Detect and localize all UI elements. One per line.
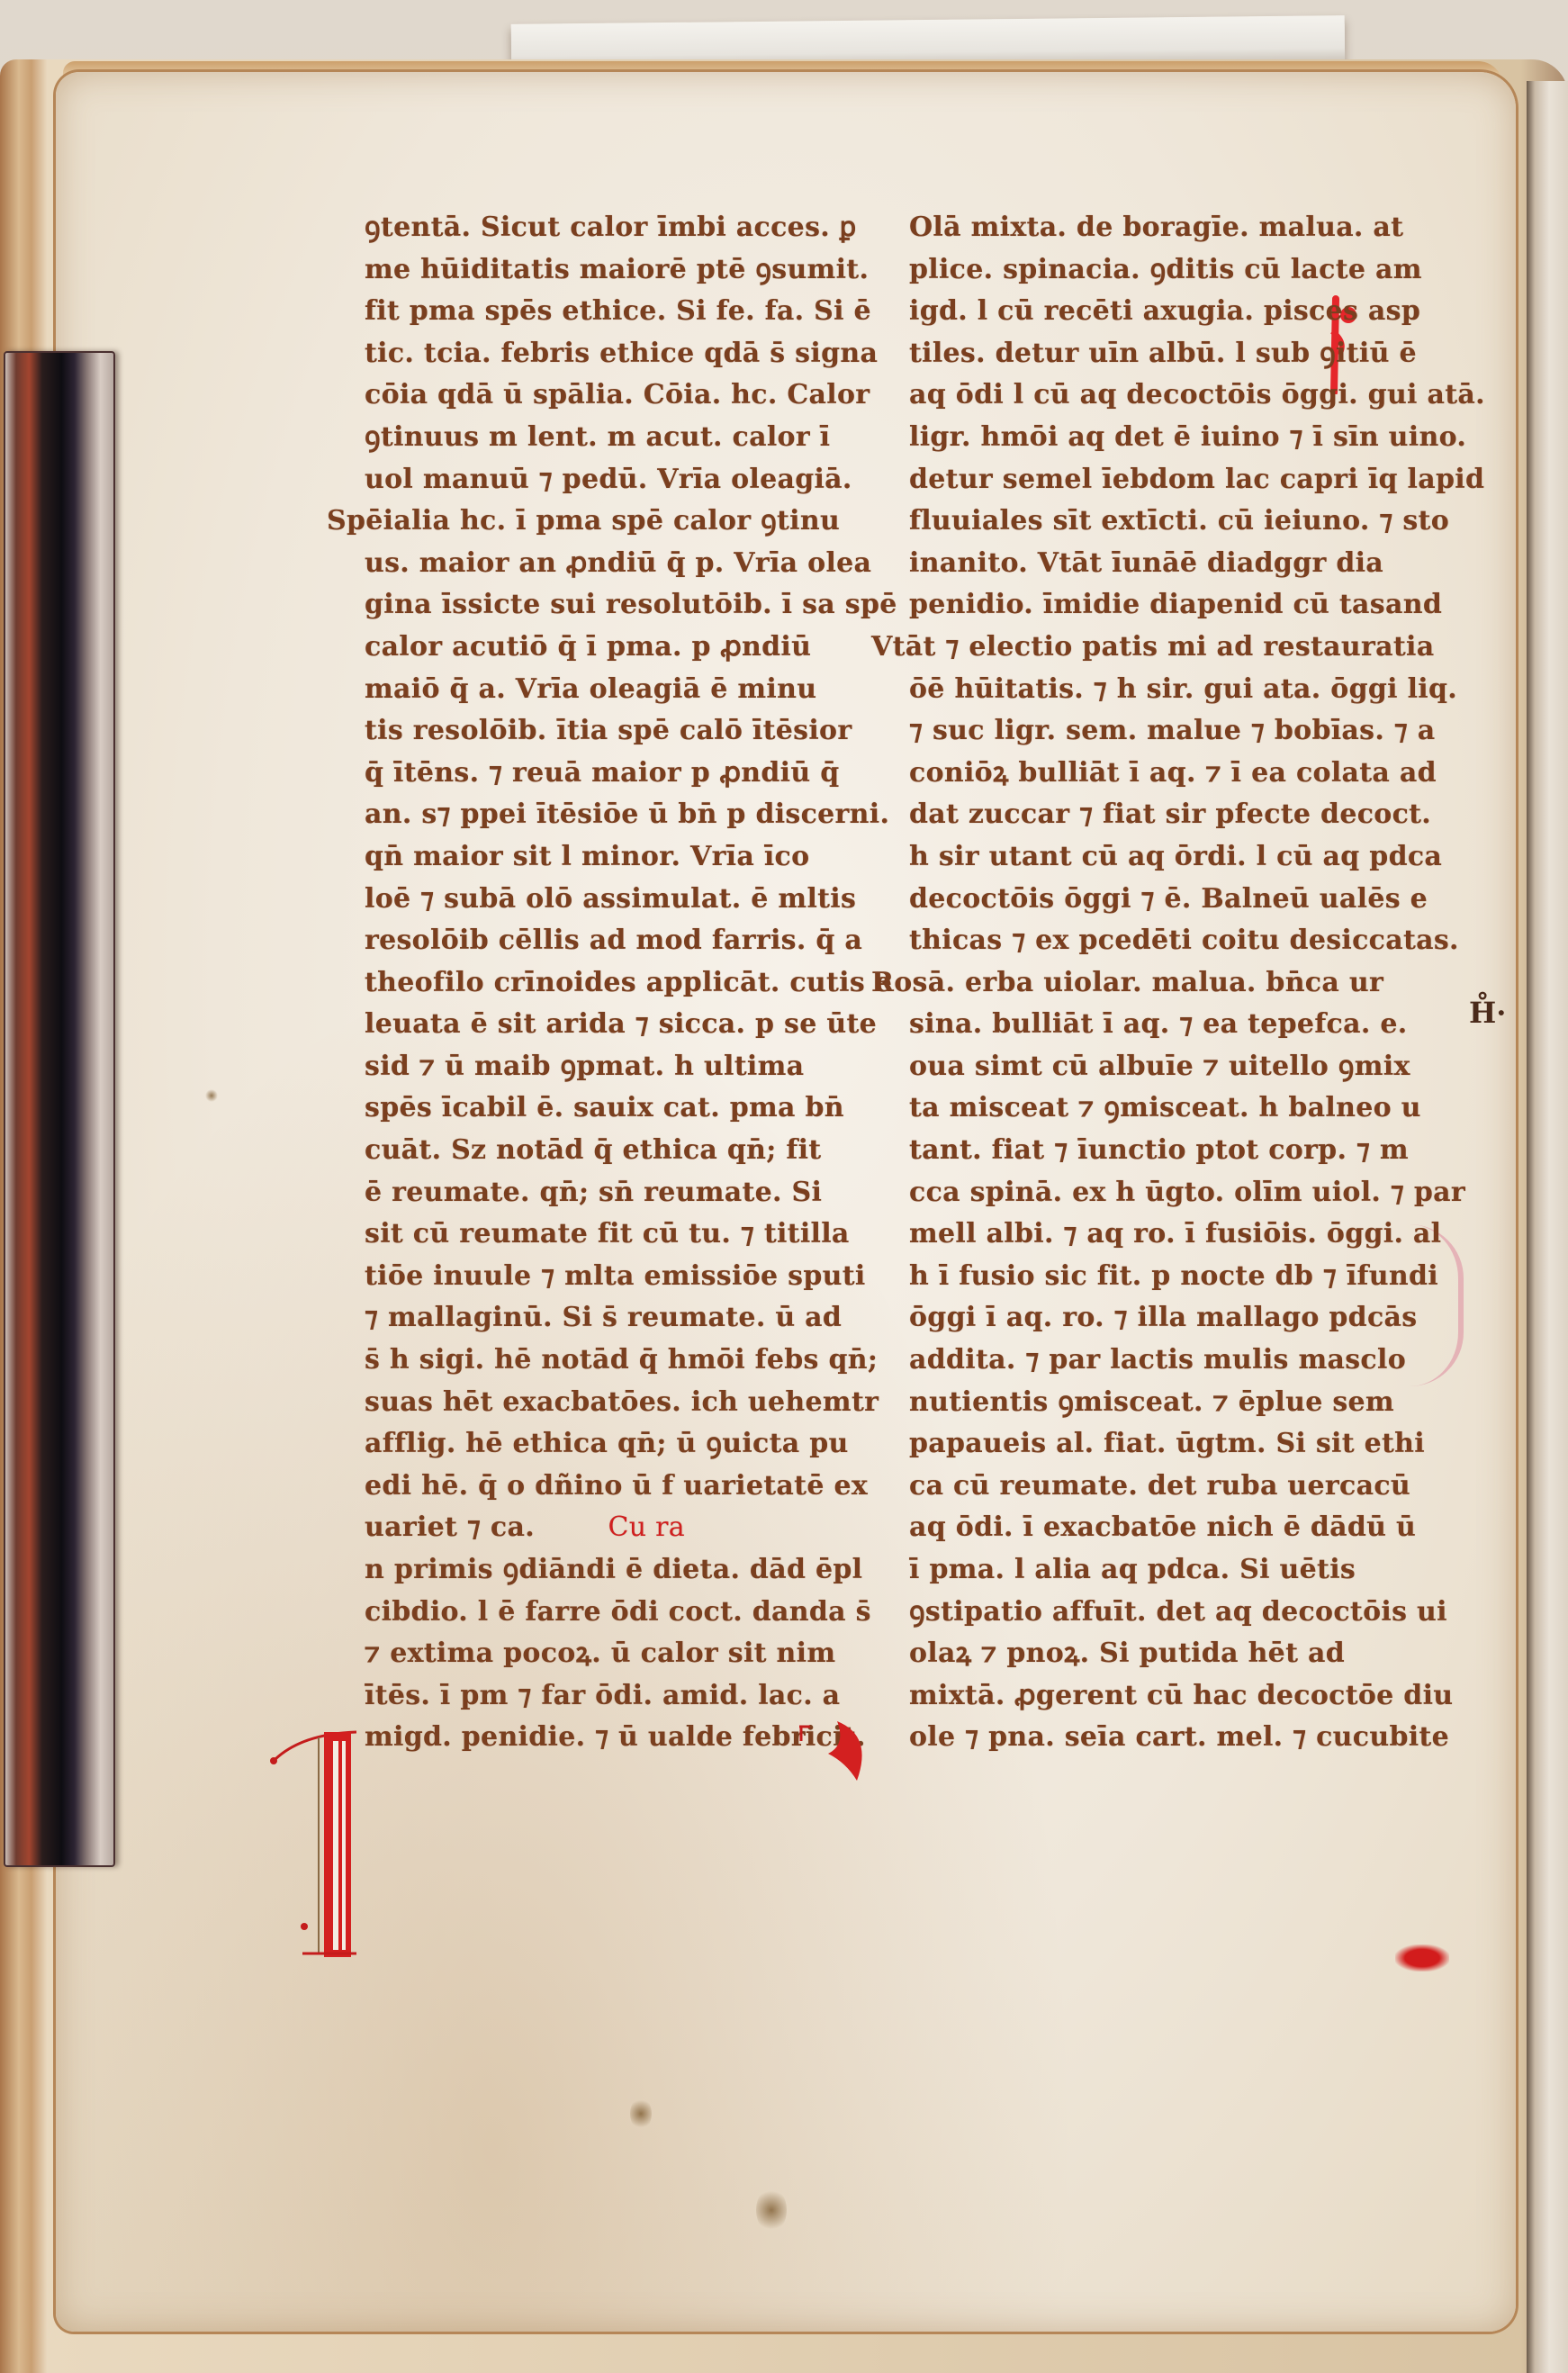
ruler-weight bbox=[4, 351, 115, 1867]
text-line: afflig. hē ethica qn̄; ū ꝯuicta pu bbox=[365, 1423, 869, 1466]
text-fragment: uariet ⁊ ca. bbox=[365, 1511, 535, 1543]
text-line: aq ōdi l cū aq decoctōis ōggi. gui atā. bbox=[909, 374, 1449, 417]
text-line: ꝯtentā. Sicut calor īmbi acces. ꝑ bbox=[365, 207, 869, 249]
text-line: ī pma. l alia aq pdca. Si uētis bbox=[909, 1549, 1449, 1592]
text-line: ⁊ mallaginū. Si s̄ reumate. ū ad bbox=[365, 1297, 869, 1340]
text-line: cōia qdā ū spālia. Cōia. hc. Calor bbox=[365, 374, 869, 417]
marginal-note: H̊· bbox=[1469, 996, 1506, 1030]
text-line: ōē hūitatis. ⁊ h sir. gui ata. ōggi liq. bbox=[909, 669, 1449, 711]
text-line: calor acutiō q̄ ī pma. p ꝓndiū bbox=[365, 627, 869, 669]
text-line: Vtāt ⁊ electio patis mi ad restauratia bbox=[871, 627, 1449, 669]
text-line: nutientis ꝯmisceat. ⁊ ēplue sem bbox=[909, 1382, 1449, 1424]
text-line: decoctōis ōggi ⁊ ē. Balneū ualēs e bbox=[909, 879, 1449, 921]
text-line: loē ⁊ subā olō assimulat. ē mltis bbox=[365, 879, 869, 921]
text-line: olaꝝ ⁊ pnoꝝ. Si putida hēt ad bbox=[909, 1633, 1449, 1675]
left-column: ꝯtentā. Sicut calor īmbi acces. ꝑ me hūi… bbox=[365, 207, 869, 1759]
text-line: ōggi ī aq. ro. ⁊ illa mallago pdcās bbox=[909, 1297, 1449, 1340]
text-line: papaueis al. fiat. ūgtm. Si sit ethi bbox=[909, 1423, 1449, 1466]
text-line: spēs īcabil ē. sauix cat. pma bn̄ bbox=[365, 1087, 869, 1130]
text-line: ligr. hmōi aq det ē iuino ⁊ ī sīn uino. bbox=[909, 417, 1449, 459]
text-line: resolōib cēllis ad mod farris. q̄ a bbox=[365, 920, 869, 962]
text-line: cibdio. l ē farre ōdi coct. danda s̄ bbox=[365, 1592, 869, 1634]
red-ink-blot bbox=[1395, 1944, 1449, 1971]
text-line: sid ⁊ ū maib ꝯpmat. h ultima bbox=[365, 1046, 869, 1088]
text-line: ꝯtinuus m lent. m acut. calor ī bbox=[365, 417, 869, 459]
text-line: ⁊ suc ligr. sem. malue ⁊ bobīas. ⁊ a bbox=[909, 710, 1449, 753]
gutter-right bbox=[1527, 81, 1568, 2373]
text-line: ca cū reumate. det ruba uercacū bbox=[909, 1466, 1449, 1508]
text-line: addita. ⁊ par lactis mulis masclo bbox=[909, 1340, 1449, 1382]
text-line: cca spinā. ex h ūgto. olīm uiol. ⁊ par bbox=[909, 1172, 1449, 1214]
text-line: leuata ē sit arida ⁊ sicca. p se ūte bbox=[365, 1004, 869, 1046]
right-column: Olā mixta. de boragīe. malua. at plice. … bbox=[909, 207, 1449, 1759]
text-line: mixtā. ꝓgerent cū hac decoctōe diu bbox=[909, 1675, 1449, 1718]
text-line: inanito. Vtāt īunāē diadggr dia bbox=[909, 543, 1449, 585]
text-line: ꝯstipatio affuīt. det aq decoctōis ui bbox=[909, 1592, 1449, 1634]
text-line: penidio. īmidie diapenid cū tasand bbox=[909, 584, 1449, 627]
text-line: mell albi. ⁊ aq ro. ī fusiōis. ōggi. al bbox=[909, 1214, 1449, 1256]
text-line: aq ōdi. ī exacbatōe nich ē dādū ū bbox=[909, 1507, 1449, 1549]
text-line: igd. l cū recēti axugia. pisces asp bbox=[909, 291, 1449, 333]
text-line: suas hēt exacbatōes. ich uehemtr bbox=[365, 1382, 869, 1424]
text-line: h sir utant cū aq ōrdi. l cū aq pdca bbox=[909, 836, 1449, 879]
ink-stain bbox=[205, 1089, 218, 1102]
text-line: plice. spinacia. ꝯditis cū lacte am bbox=[909, 249, 1449, 292]
text-line: ē reumate. qn̄; sn̄ reumate. Si bbox=[365, 1172, 869, 1214]
text-line: ole ⁊ pna. seīa cart. mel. ⁊ cucubite bbox=[909, 1717, 1449, 1759]
text-line: Rosā. erba uiolar. malua. bn̄ca ur bbox=[871, 962, 1449, 1005]
text-line: edi hē. q̄ o dñino ū f uarietatē ex bbox=[365, 1466, 869, 1508]
text-line: q̄ ītēns. ⁊ reuā maior p ꝓndiū q̄ bbox=[365, 753, 869, 795]
text-line: tiles. detur uīn albū. l sub ꝯitiū ē bbox=[909, 333, 1449, 375]
text-line: oua simt cū albuīe ⁊ uitello ꝯmix bbox=[909, 1046, 1449, 1088]
red-flourish bbox=[792, 1718, 873, 1799]
text-line: tant. fiat ⁊ īunctio ptot corp. ⁊ m bbox=[909, 1130, 1449, 1172]
text-line-with-rubric: uariet ⁊ ca. Cu ra bbox=[365, 1507, 869, 1549]
text-line: us. maior an ꝓndiū q̄ p. Vrīa olea bbox=[365, 543, 869, 585]
text-line: fluuiales sīt extīcti. cū ieiuno. ⁊ sto bbox=[909, 501, 1449, 543]
text-line: sina. bulliāt ī aq. ⁊ ea tepefca. e. bbox=[909, 1004, 1449, 1046]
text-line: thicas ⁊ ex pcedēti coitu desiccatas. bbox=[909, 920, 1449, 962]
text-line: s̄ h sigi. hē notād q̄ hmōi febs qn̄; bbox=[365, 1340, 869, 1382]
ink-stain bbox=[756, 2188, 787, 2233]
ink-stain bbox=[630, 2098, 652, 2130]
text-line: n primis ꝯdiāndi ē dieta. dād ēpl bbox=[365, 1549, 869, 1592]
text-line: sit cū reumate fit cū tu. ⁊ titilla bbox=[365, 1214, 869, 1256]
text-line: an. s⁊ ppei ītēsiōe ū bn̄ p discerni. bbox=[365, 794, 869, 836]
text-line: gina īssicte sui resolutōib. ī sa spē bbox=[365, 584, 869, 627]
text-line: tiōe inuule ⁊ mlta emissiōe sputi bbox=[365, 1256, 869, 1298]
text-line: h ī fusio sic fit. p nocte db ⁊ īfundi bbox=[909, 1256, 1449, 1298]
text-line: maiō q̄ a. Vrīa oleagiā ē minu bbox=[365, 669, 869, 711]
text-line: tic. tcia. febris ethice qdā s̄ signa bbox=[365, 333, 869, 375]
text-line: cuāt. Sz notād q̄ ethica qn̄; fit bbox=[365, 1130, 869, 1172]
rubric-cura: Cu ra bbox=[608, 1511, 685, 1543]
text-line: Spēialia hc. ī pma spē calor ꝯtinu bbox=[327, 501, 869, 543]
decorated-initial-i bbox=[266, 1728, 356, 1962]
text-line: detur semel īebdom lac capri īq lapid bbox=[909, 459, 1449, 501]
text-line: ⁊ extima pocoꝝ. ū calor sit nim bbox=[365, 1633, 869, 1675]
text-line: coniōꝝ bulliāt ī aq. ⁊ ī ea colata ad bbox=[909, 753, 1449, 795]
text-line: uol manuū ⁊ pedū. Vrīa oleagiā. bbox=[365, 459, 869, 501]
text-line: ta misceat ⁊ ꝯmisceat. h balneo u bbox=[909, 1087, 1449, 1130]
text-line: ītēs. ī pm ⁊ far ōdi. amid. lac. a bbox=[365, 1675, 869, 1718]
text-line: Olā mixta. de boragīe. malua. at bbox=[909, 207, 1449, 249]
text-line: theofilo crīnoides applicāt. cutis e bbox=[365, 962, 869, 1005]
text-line: dat zuccar ⁊ fiat sir pfecte decoct. bbox=[909, 794, 1449, 836]
text-line: tis resolōib. ītia spē calō ītēsior bbox=[365, 710, 869, 753]
text-line: me hūiditatis maiorē ptē ꝯsumit. bbox=[365, 249, 869, 292]
text-line: fit pma spēs ethice. Si fe. fa. Si ē bbox=[365, 291, 869, 333]
text-line: qn̄ maior sit l minor. Vrīa īco bbox=[365, 836, 869, 879]
